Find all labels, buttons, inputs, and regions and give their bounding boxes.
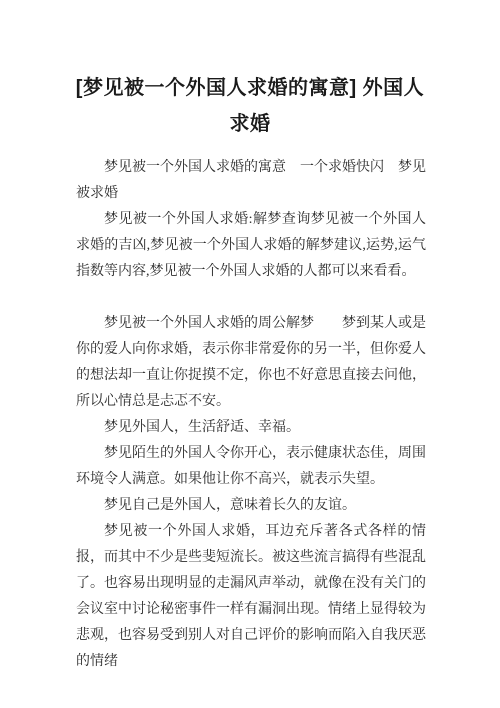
paragraph-foreigner-meaning: 梦见外国人，生活舒适、幸福。 — [76, 415, 426, 441]
paragraph-summary: 梦见被一个外国人求婚的寓意 一个求婚快闪 梦见被求婚 — [76, 155, 426, 207]
paragraph-stranger-foreigner: 梦见陌生的外国人令你开心，表示健康状态佳，周围环境令人满意。如果他让你不高兴，就… — [76, 441, 426, 493]
paragraph-proposal-detail: 梦见被一个外国人求婚，耳边充斥著各式各样的情报，而其中不少是些斐短流长。被这些流… — [76, 519, 426, 675]
document-body: 梦见被一个外国人求婚的寓意 一个求婚快闪 梦见被求婚 梦见被一个外国人求婚:解梦… — [76, 155, 426, 675]
document-page: [梦见被一个外国人求婚的寓意] 外国人求婚 梦见被一个外国人求婚的寓意 一个求婚… — [0, 0, 500, 708]
paragraph-self-foreigner: 梦见自己是外国人，意味着长久的友谊。 — [76, 493, 426, 519]
paragraph-intro: 梦见被一个外国人求婚:解梦查询梦见被一个外国人求婚的吉凶,梦见被一个外国人求婚的… — [76, 207, 426, 285]
paragraph-zhougong-interpretation: 梦见被一个外国人求婚的周公解梦 梦到某人或是你的爱人向你求婚，表示你非常爱你的另… — [76, 311, 426, 415]
document-title: [梦见被一个外国人求婚的寓意] 外国人求婚 — [67, 70, 433, 142]
